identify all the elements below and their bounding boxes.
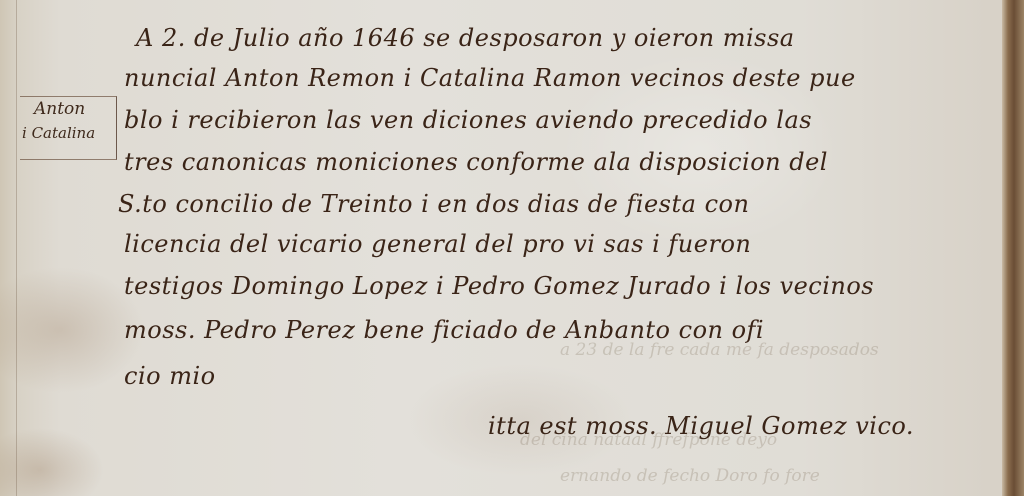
manuscript-line-1: A 2. de Julio año 1646 se desposaron y o… bbox=[136, 24, 795, 52]
manuscript-line-9: cio mio bbox=[124, 362, 216, 390]
margin-note: Anton i Catalina bbox=[20, 96, 117, 160]
manuscript-line-8: moss. Pedro Perez bene ficiado de Anbant… bbox=[124, 316, 764, 344]
bleed-through-text: ernando de fecho Doro fo fore bbox=[560, 466, 820, 486]
signature-line: itta est moss. Miguel Gomez vico. bbox=[488, 412, 914, 440]
margin-note-line: i Catalina bbox=[20, 121, 116, 145]
manuscript-line-6: licencia del vicario general del pro vi … bbox=[124, 230, 751, 258]
fold-line bbox=[16, 0, 17, 496]
manuscript-line-7: testigos Domingo Lopez i Pedro Gomez Jur… bbox=[124, 272, 874, 300]
margin-note-line: Anton bbox=[20, 97, 116, 121]
manuscript-page: a 23 de la fre cada me fa desposados del… bbox=[0, 0, 1024, 496]
manuscript-line-5: S.to concilio de Treinto i en dos dias d… bbox=[118, 190, 749, 218]
book-binding-edge bbox=[1002, 0, 1024, 496]
manuscript-line-3: blo i recibieron las ven diciones aviend… bbox=[124, 106, 812, 134]
manuscript-line-2: nuncial Anton Remon i Catalina Ramon vec… bbox=[124, 64, 856, 92]
manuscript-line-4: tres canonicas moniciones conforme ala d… bbox=[124, 148, 828, 176]
